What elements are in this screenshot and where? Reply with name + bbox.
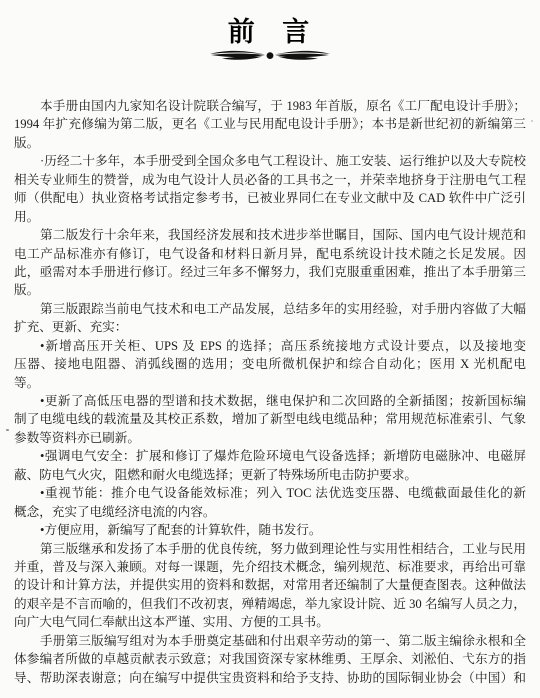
- flourish-right-swash: [275, 51, 330, 60]
- text-line: 用。: [14, 208, 526, 226]
- preface-body: 本手册由国内九家知名设计院联合编写，于 1983 年首版，原名《工厂配电设计手册…: [0, 97, 540, 687]
- text-line: 版。: [14, 134, 526, 152]
- text-line: •更新了高低压电器的型谱和技术数据，继电保护和二次回路的全新插图；按新国标编: [14, 392, 526, 410]
- text-line: •重视节能：推介电气设备能效标准；列入 TOC 法优选变压器、电缆截面最佳化的新: [14, 484, 526, 502]
- paragraph: 第三版跟踪当前电气技术和电工产品发展，总结多年的实用经验，对手册内容做了大幅 扩…: [14, 300, 526, 337]
- text-line: 相关专业师生的赞誉，成为电气设计人员必备的工具书之一，并荣幸地挤身于注册电气工程: [14, 171, 526, 189]
- paragraph: ·历经二十多年，本手册受到全国众多电气工程设计、施工安装、运行维护以及大专院校 …: [14, 152, 526, 226]
- text-line: •新增高压开关柜、UPS 及 EPS 的选择；高压系统接地方式设计要点，以及接地…: [14, 337, 526, 355]
- text-line: 扩充、更新、充实：: [14, 318, 526, 336]
- text-line: 师（供配电）执业资格考试指定参考书，已被业界同仁在专业文献中及 CAD 软件中广…: [14, 189, 526, 207]
- text-line: 版。: [14, 281, 526, 299]
- text-line: 第三版继承和发扬了本手册的优良传统，努力做到理论性与实用性相结合，工业与民用: [14, 540, 526, 558]
- paragraph: 本手册由国内九家知名设计院联合编写，于 1983 年首版，原名《工厂配电设计手册…: [14, 97, 526, 152]
- bullet-paragraph: •方便应用，新编写了配套的计算软件，随书发行。: [14, 521, 526, 539]
- text-line: 导、帮助深表谢意；向在编写中提供宝贵资料和给予支持、协助的国际铜业协会（中国）和: [14, 669, 526, 687]
- bullet-paragraph: •重视节能：推介电气设备能效标准；列入 TOC 法优选变压器、电缆截面最佳化的新…: [14, 484, 526, 521]
- bullet-paragraph: •强调电气安全：扩展和修订了爆炸危险环境电气设备选择；新增防电磁脉冲、电磁屏 蔽…: [14, 447, 526, 484]
- text-line: 手册第三版编写组对为本手册奠定基础和付出艰辛劳动的第一、第二版主编徐永根和全: [14, 632, 526, 650]
- text-line: 的设计和计算方法，并提供实用的资料和数据，对常用者还编制了大量便查图表。这种做法: [14, 576, 526, 594]
- text-line: 第二版发行十余年来，我国经济发展和技术进步举世瞩目，国际、国内电气设计规范和: [14, 226, 526, 244]
- text-line: •强调电气安全：扩展和修订了爆炸危险环境电气设备选择；新增防电磁脉冲、电磁屏: [14, 447, 526, 465]
- paragraph: 第三版继承和发扬了本手册的优良传统，努力做到理论性与实用性相结合，工业与民用 并…: [14, 540, 526, 632]
- flourish-divider-icon: [208, 49, 332, 63]
- text-line: 蔽、防电气火灾，阻燃和耐火电缆选择；更新了特殊场所电击防护要求。: [14, 466, 526, 484]
- text-line: 压器、接地电阻器、消弧线圈的选用；变电所微机保护和综合自动化；医用 X 光机配电: [14, 355, 526, 373]
- flourish-center-dot: [267, 52, 274, 59]
- text-line: 第三版跟踪当前电气技术和电工产品发展，总结多年的实用经验，对手册内容做了大幅: [14, 300, 526, 318]
- text-line: 本手册由国内九家知名设计院联合编写，于 1983 年首版，原名《工厂配电设计手册…: [14, 97, 526, 115]
- text-line: 制了电缆电线的载流量及其校正系数，增加了新型电线电缆品种；常用规范标准索引、气象: [14, 410, 526, 428]
- bullet-paragraph: •更新了高低压电器的型谱和技术数据，继电保护和二次回路的全新插图；按新国标编 制…: [14, 392, 526, 447]
- preface-page: 前 言 本手册由国内九家知名设计院联合编写，于 1983 年首版，原名《工厂配电…: [0, 0, 540, 698]
- flourish-left-swash: [210, 51, 265, 60]
- text-line: 并重，普及与深入兼顾。对每一课题，先介绍技术概念，编列规范、标准要求，再给出可靠: [14, 558, 526, 576]
- text-line: ·历经二十多年，本手册受到全国众多电气工程设计、施工安装、运行维护以及大专院校: [14, 152, 526, 170]
- page-title: 前 言: [0, 0, 540, 48]
- text-line: 等。: [14, 374, 526, 392]
- scan-speck: [6, 429, 9, 431]
- text-line: •方便应用，新编写了配套的计算软件，随书发行。: [14, 521, 526, 539]
- scan-speck: [531, 120, 533, 122]
- text-line: 向广大电气同仁奉献出这本严谨、实用、方便的工具书。: [14, 613, 526, 631]
- text-line: 此，亟需对本手册进行修订。经过三年多不懈努力，我们克服重重困难，推出了本手册第三: [14, 263, 526, 281]
- paragraph: 手册第三版编写组对为本手册奠定基础和付出艰辛劳动的第一、第二版主编徐永根和全 体…: [14, 632, 526, 687]
- bullet-paragraph: •新增高压开关柜、UPS 及 EPS 的选择；高压系统接地方式设计要点，以及接地…: [14, 337, 526, 392]
- text-line: 的艰辛是不言而喻的，但我们不改初衷，殚精竭虑，举九家设计院、近 30 名编写人员…: [14, 595, 526, 613]
- text-line: 1994 年扩充修编为第二版，更名《工业与民用配电设计手册》；本书是新世纪初的新…: [14, 115, 526, 133]
- text-line: 体参编者所做的卓越贡献表示致意；对我国资深专家林维勇、王厚余、刘淞伯、弋东方的指: [14, 650, 526, 668]
- text-line: 电工产品标准亦有修订，电气设备和材料日新月异，配电系统设计技术随之长足发展。因: [14, 245, 526, 263]
- text-line: 参数等资料亦已刷新。: [14, 429, 526, 447]
- paragraph: 第二版发行十余年来，我国经济发展和技术进步举世瞩目，国际、国内电气设计规范和 电…: [14, 226, 526, 300]
- text-line: 概念，充实了电缆经济电流的内容。: [14, 503, 526, 521]
